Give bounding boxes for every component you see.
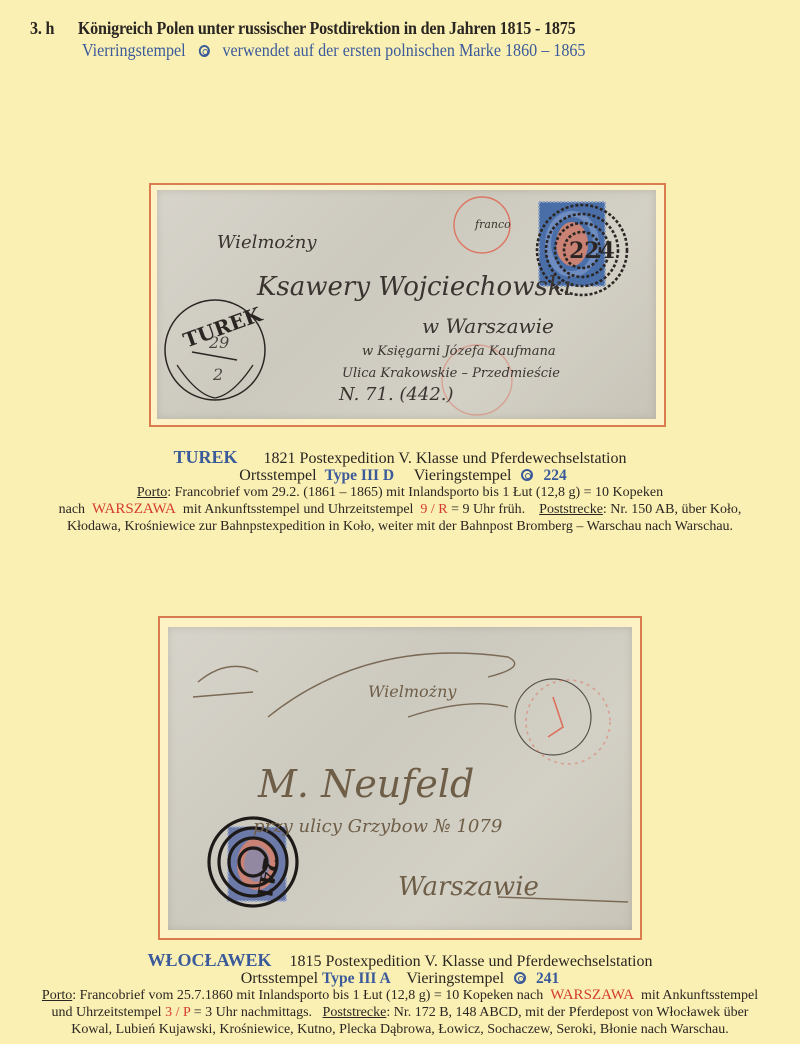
four-ring-cancel-icon xyxy=(521,469,533,481)
time-meaning: = 9 Uhr früh. xyxy=(451,502,525,517)
title-text: Königreich Polen unter russischer Postdi… xyxy=(78,18,576,38)
postmark-type: Type III D xyxy=(325,467,394,484)
porto-label: Porto xyxy=(42,988,72,1003)
uhrzeit-text: und Uhrzeitstempel xyxy=(52,1005,162,1020)
svg-text:N. 71. (442.): N. 71. (442.) xyxy=(338,384,454,405)
svg-text:przy ulicy Grzybow № 1079: przy ulicy Grzybow № 1079 xyxy=(253,816,502,837)
svg-text:Wielmożny: Wielmożny xyxy=(217,232,317,253)
ortsstempel-label: Ortsstempel xyxy=(241,970,318,987)
subtitle-left: Vierringstempel xyxy=(82,40,186,60)
poststrecke-label: Poststrecke xyxy=(323,1005,387,1020)
section-number: 3. h xyxy=(30,18,78,39)
cover-frame-turek: franco 224 TUREK 29 2 Wielmożny xyxy=(149,183,666,427)
ortsstempel-label: Ortsstempel xyxy=(239,467,316,484)
cancel-number: 224 xyxy=(569,238,615,264)
svg-text:29: 29 xyxy=(208,333,229,352)
svg-text:franco: franco xyxy=(474,218,511,231)
vierring-label: Vieringstempel xyxy=(406,970,504,987)
svg-text:M. Neufeld: M. Neufeld xyxy=(257,762,474,806)
svg-text:w Księgarni Józefa Kaufmana: w Księgarni Józefa Kaufmana xyxy=(362,344,556,359)
cover-frame-wloclawek: 241 Wielmożny M. Neufeld przy ulicy Grzy… xyxy=(158,616,642,940)
porto-text: : Francobrief vom 25.7.1860 mit Inlandsp… xyxy=(72,988,543,1003)
route-continuation: Kłodawa, Krośniewice zur Bahnpstexpediti… xyxy=(0,518,800,535)
vierring-label: Vieringstempel xyxy=(414,467,512,484)
town-name: TUREK xyxy=(174,447,238,467)
route-text: : Nr. 172 B, 148 ABCD, mit der Pferdepos… xyxy=(386,1005,748,1020)
envelope-image-wloclawek: 241 Wielmożny M. Neufeld przy ulicy Grzy… xyxy=(168,627,632,930)
route-text: : Nr. 150 AB, über Koło, xyxy=(603,502,741,517)
porto-text: : Francobrief vom 29.2. (1861 – 1865) mi… xyxy=(167,485,663,500)
page-subtitle: Vierringstempelverwendet auf der ersten … xyxy=(82,40,733,61)
town-name: WŁOCŁAWEK xyxy=(148,950,272,970)
arrival-text: mit Ankunftsstempel xyxy=(641,988,758,1003)
page-title: 3. hKönigreich Polen unter russischer Po… xyxy=(30,18,729,39)
svg-text:2: 2 xyxy=(212,365,223,384)
destination-city: WARSZAWA xyxy=(550,987,634,1003)
time-code: 3 / P xyxy=(165,1005,190,1020)
arrival-text: mit Ankunftsstempel und Uhrzeitstempel xyxy=(183,502,414,517)
office-description: 1821 Postexpedition V. Klasse und Pferde… xyxy=(264,450,627,467)
arrival-postmark xyxy=(515,679,591,755)
time-meaning: = 3 Uhr nachmittags. xyxy=(194,1005,312,1020)
time-code: 9 / R xyxy=(420,502,447,517)
svg-text:Ulica Krakowskie – Przedmieści: Ulica Krakowskie – Przedmieście xyxy=(342,366,560,381)
destination-city: WARSZAWA xyxy=(92,501,176,517)
envelope-turek-illustration: franco 224 TUREK 29 2 Wielmożny xyxy=(157,190,656,419)
four-ring-cancel-icon xyxy=(514,972,526,984)
envelope-wloclawek-illustration: 241 Wielmożny M. Neufeld przy ulicy Grzy… xyxy=(168,627,632,930)
postmark-type: Type III A xyxy=(322,970,391,987)
svg-text:Warszawie: Warszawie xyxy=(398,872,539,902)
vierring-number: 224 xyxy=(543,467,566,484)
page-header: 3. hKönigreich Polen unter russischer Po… xyxy=(30,18,790,61)
svg-text:Wielmożny: Wielmożny xyxy=(368,682,457,701)
vierring-number: 241 xyxy=(536,970,559,987)
poststrecke-label: Poststrecke xyxy=(539,502,603,517)
route-continuation: Kowal, Lubień Kujawski, Krośniewice, Kut… xyxy=(0,1021,800,1038)
cover-caption-turek: TUREK1821 Postexpedition V. Klasse und P… xyxy=(0,449,800,535)
text-nach: nach xyxy=(59,502,85,517)
porto-label: Porto xyxy=(137,485,167,500)
svg-text:Ksawery Wojciechowski: Ksawery Wojciechowski xyxy=(256,272,572,302)
svg-text:w Warszawie: w Warszawie xyxy=(422,314,554,338)
envelope-image-turek: franco 224 TUREK 29 2 Wielmożny xyxy=(157,190,656,419)
cover-caption-wloclawek: WŁOCŁAWEK1815 Postexpedition V. Klasse u… xyxy=(0,952,800,1038)
office-description: 1815 Postexpedition V. Klasse und Pferde… xyxy=(290,953,653,970)
subtitle-right: verwendet auf der ersten polnischen Mark… xyxy=(222,40,585,60)
four-ring-cancel-icon xyxy=(199,45,210,57)
